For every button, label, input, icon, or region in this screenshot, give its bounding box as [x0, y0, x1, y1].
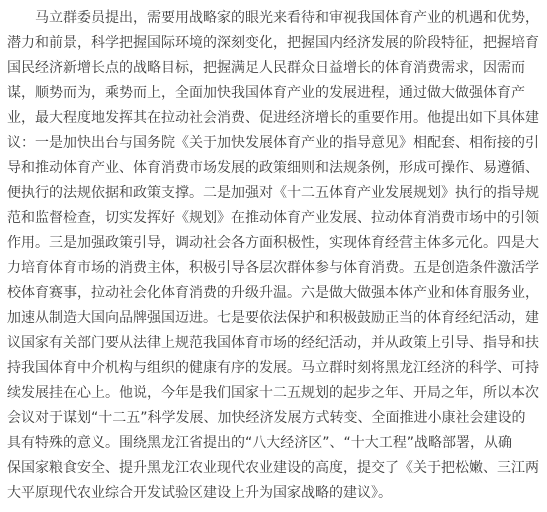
- text-line: 导和推动体育产业、体育消费市场发展的政策细则和法规条例，形成可操作、易遵循、: [7, 156, 540, 181]
- text-line: 会议对于谋划“十二五”科学发展、加快经济发展方式转变、全面推进小康社会建设的: [7, 406, 540, 431]
- article-text: 马立群委员提出，需要用战略家的眼光来看待和审视我国体育产业的机遇和优势，潜力和前…: [7, 6, 540, 506]
- text-line: 便执行的法规依据和政策支撑。二是加强对《十二五体育产业发展规划》执行的指导规: [7, 181, 540, 206]
- text-line: 续发展挂在心上。他说，今年是我们国家十二五规划的起步之年、开局之年，所以本次: [7, 381, 540, 406]
- text-line: 大平原现代农业综合开发试验区建设上升为国家战略的建议》。: [7, 481, 540, 506]
- text-line: 潜力和前景，科学把握国际环境的深刻变化，把握国内经济发展的阶段特征，把握培育: [7, 31, 540, 56]
- text-line: 具有特殊的意义。围绕黑龙江省提出的“八大经济区”、“十大工程”战略部署，从确: [7, 431, 540, 456]
- text-line: 议：一是加快出台与国务院《关于加快发展体育产业的指导意见》相配套、相衔接的引: [7, 131, 540, 156]
- text-line: 范和监督检查，切实发挥好《规划》在推动体育产业发展、拉动体育消费市场中的引领: [7, 206, 540, 231]
- document-page: 马立群委员提出，需要用战略家的眼光来看待和审视我国体育产业的机遇和优势，潜力和前…: [0, 0, 547, 512]
- text-line: 加速从制造大国向品牌强国迈进。七是要依法保护和积极鼓励正当的体育经纪活动，建: [7, 306, 540, 331]
- text-line: 保国家粮食安全、提升黑龙江农业现代农业建设的高度，提交了《关于把松嫩、三江两: [7, 456, 540, 481]
- text-line: 作用。三是加强政策引导，调动社会各方面积极性，实现体育经营主体多元化。四是大: [7, 231, 540, 256]
- text-line: 马立群委员提出，需要用战略家的眼光来看待和审视我国体育产业的机遇和优势，: [7, 6, 540, 31]
- text-line: 议国家有关部门要从法律上规范我国体育市场的经纪活动，并从政策上引导、指导和扶: [7, 331, 540, 356]
- text-line: 谋，顺势而为，乘势而上，全面加快我国体育产业的发展进程，通过做大做强体育产: [7, 81, 540, 106]
- text-line: 持我国体育中介机构与组织的健康有序的发展。马立群时刻将黑龙江经济的科学、可持: [7, 356, 540, 381]
- text-line: 力培育体育市场的消费主体，积极引导各层次群体参与体育消费。五是创造条件激活学: [7, 256, 540, 281]
- text-line: 业，最大程度地发挥其在拉动社会消费、促进经济增长的重要作用。他提出如下具体建: [7, 106, 540, 131]
- text-line: 校体育赛事，拉动社会化体育消费的升级升温。六是做大做强本体产业和体育服务业，: [7, 281, 540, 306]
- text-line: 国民经济新增长点的战略目标，把握满足人民群众日益增长的体育消费需求，因需而: [7, 56, 540, 81]
